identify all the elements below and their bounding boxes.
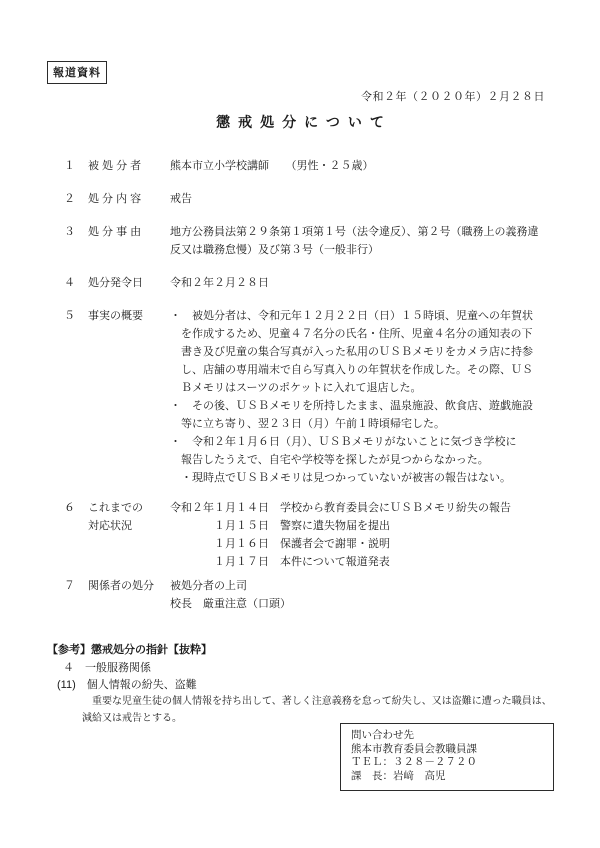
item-row-response-status: ６ これまでの 対応状況 令和２年１月１４日 学校から教育委員会にＵＳＢメモリ紛… [64,499,556,571]
contact-box: 問い合わせ先 熊本市教育委員会教職員課 ＴＥＬ：３２８－２７２０ 課 長：岩﨑 … [340,723,554,791]
item-value: 地方公務員法第２９条第１項第１号（法令違反）、第２号（職務上の義務違 反又は職務… [170,223,556,259]
item-number: ７ [64,577,88,613]
item-row-punished-person: １ 被 処 分 者 熊本市立小学校講師 （男性・２５歳） [64,157,556,175]
item-row-disposition-content: ２ 処 分 内 容 戒告 [64,190,556,208]
contact-organization: 熊本市教育委員会教職員課 [351,743,543,757]
item-label: 被 処 分 者 [88,157,170,175]
item-number: ６ [64,499,88,571]
item-row-disposition-date: ４ 処分発令日 令和２年２月２８日 [64,274,556,292]
item-label: これまでの 対応状況 [88,499,170,571]
item-row-fact-summary: ５ 事実の概要 ・ 被処分者は、令和元年１２月２２日（日）１５時頃、児童への年賀… [64,307,556,487]
press-material-tag: 報道資料 [47,61,107,84]
document-date: 令和２年（２０２０年）２月２８日 [0,88,545,104]
document-title: 懲戒処分について [0,112,600,132]
reference-heading: 【参考】懲戒処分の指針【抜粋】 [47,641,212,657]
item-number: ５ [64,307,88,487]
item-label: 処分発令日 [88,274,170,292]
item-label: 処 分 内 容 [88,190,170,208]
item-value: 被処分者の上司 校長 厳重注意（口頭） [170,577,556,613]
item-value: 戒告 [170,190,556,208]
item-value: 熊本市立小学校講師 （男性・２５歳） [170,157,556,175]
item-label: 関係者の処分 [88,577,170,613]
item-row-disposition-reason: ３ 処 分 事 由 地方公務員法第２９条第１項第１号（法令違反）、第２号（職務上… [64,223,556,259]
reference-category: ４ 一般服務関係 [63,659,151,675]
contact-heading: 問い合わせ先 [351,729,543,743]
item-value: ・ 被処分者は、令和元年１２月２２日（日）１５時頃、児童への年賀状 を作成するた… [170,307,556,487]
item-number: ２ [64,190,88,208]
item-row-related-persons: ７ 関係者の処分 被処分者の上司 校長 厳重注意（口頭） [64,577,556,613]
item-label: 事実の概要 [88,307,170,487]
contact-telephone: ＴＥＬ：３２８－２７２０ [351,756,543,770]
reference-body: 重要な児童生徒の個人情報を持ち出して、著しく注意義務を怠って紛失し、又は盗難に遭… [82,693,556,727]
press-release-page: 報道資料 令和２年（２０２０年）２月２８日 懲戒処分について １ 被 処 分 者… [0,0,600,848]
press-material-label: 報道資料 [53,67,101,79]
contact-person: 課 長：岩﨑 高児 [351,770,543,784]
item-number: １ [64,157,88,175]
item-value: 令和２年２月２８日 [170,274,556,292]
item-value: 令和２年１月１４日 学校から教育委員会にＵＳＢメモリ紛失の報告 １月１５日 警察… [170,499,556,571]
item-number: ３ [64,223,88,259]
item-number: ４ [64,274,88,292]
reference-subcategory: (11) 個人情報の紛失、盗難 [57,676,197,692]
item-label: 処 分 事 由 [88,223,170,259]
